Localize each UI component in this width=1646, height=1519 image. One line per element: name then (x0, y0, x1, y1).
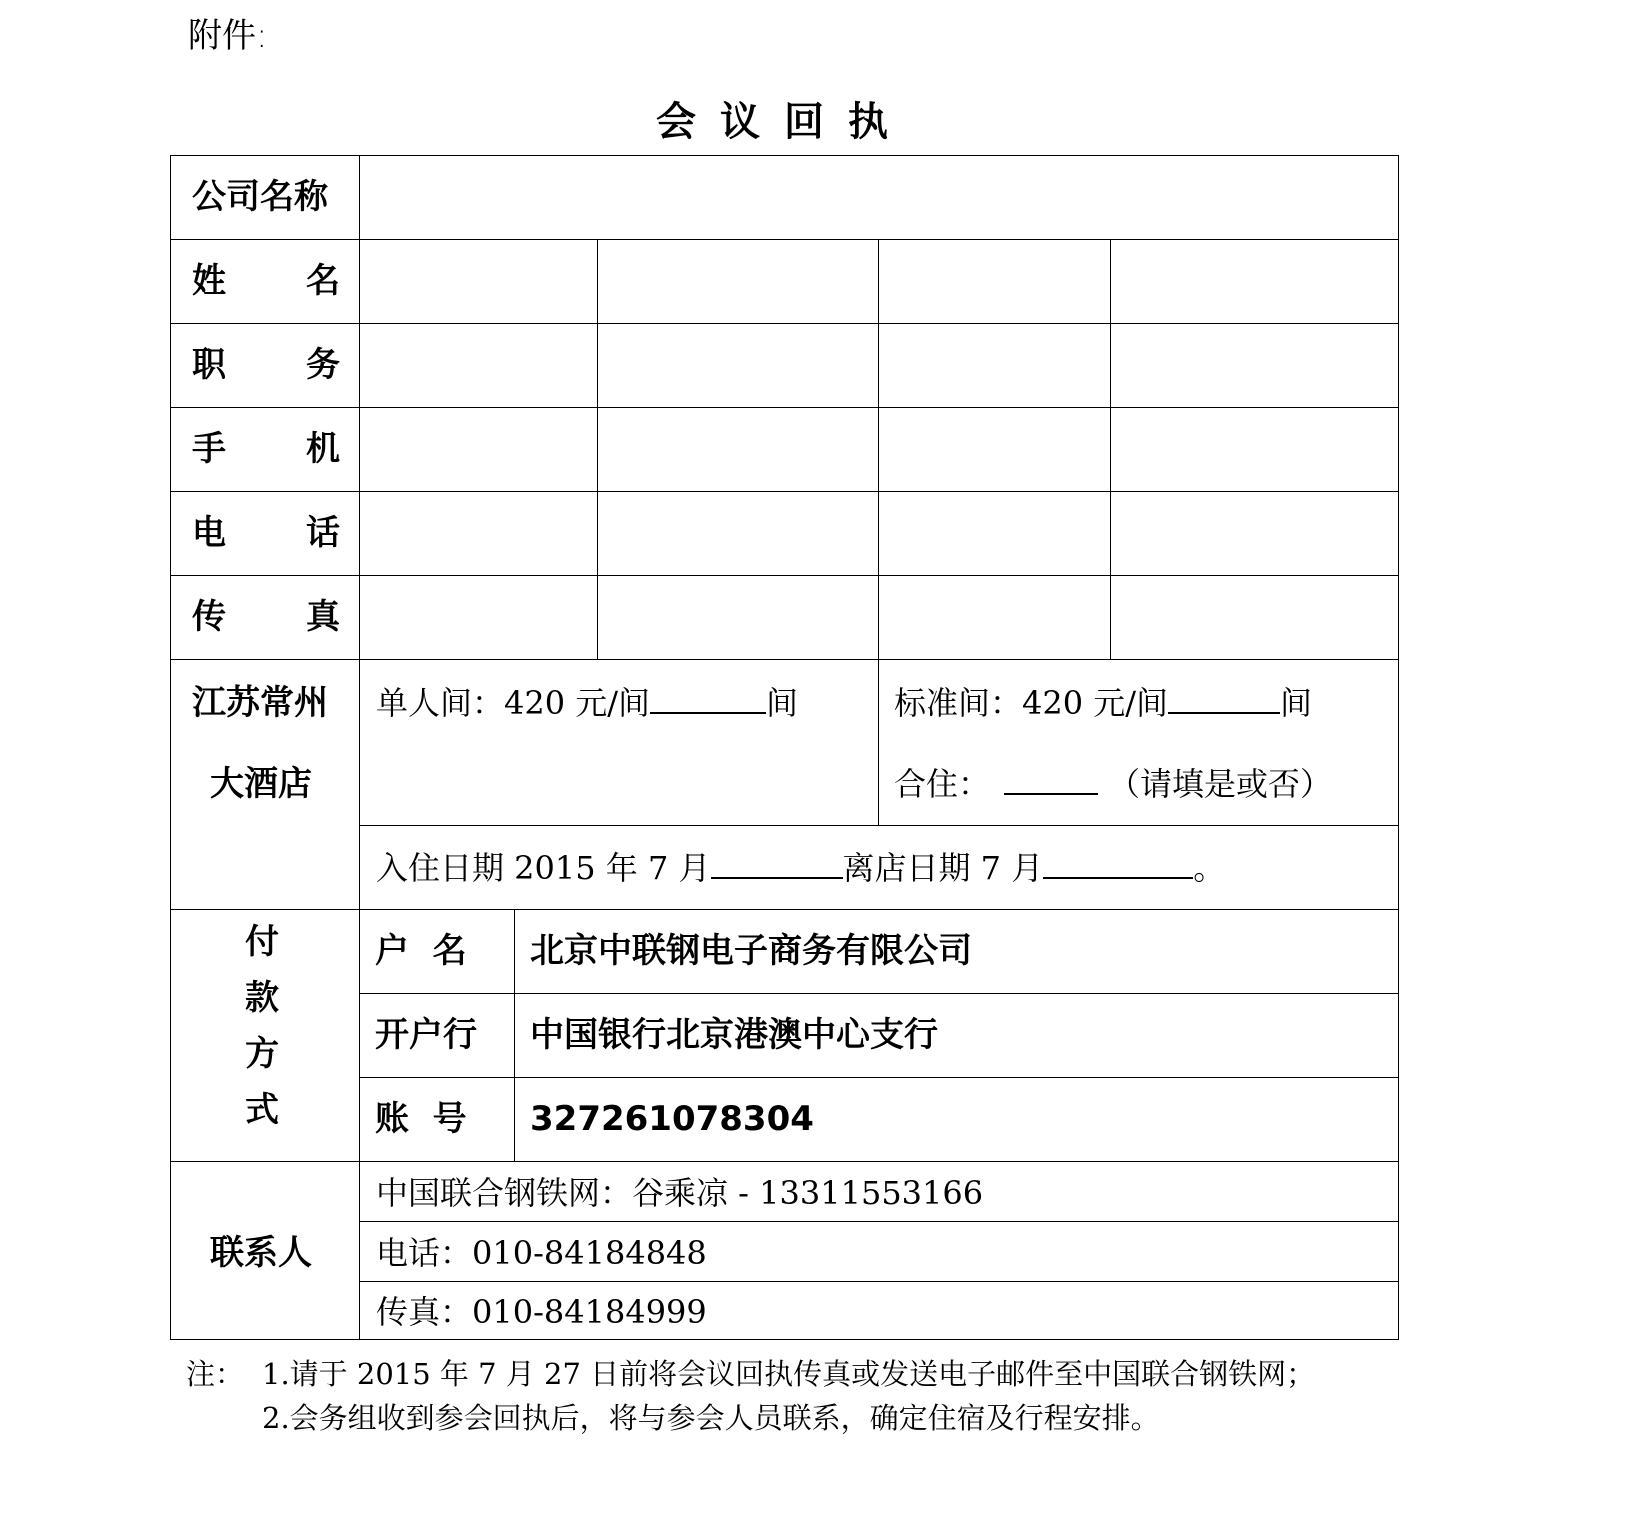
row-divider (170, 323, 1399, 324)
contact-fax-line: 传真：010-84184999 (376, 1296, 707, 1328)
contact-label: 联系人 (210, 1236, 312, 1270)
checkin-label: 入住日期 2015 年 7 月 (376, 849, 711, 887)
account-name-label: 户 名 (375, 934, 467, 968)
row-divider (170, 1161, 1399, 1162)
bank-label: 开户行 (375, 1018, 477, 1052)
label-char: 真 (306, 600, 340, 634)
row-divider (170, 407, 1399, 408)
position-field-4[interactable] (1112, 325, 1397, 406)
position-field-2[interactable] (599, 325, 877, 406)
label-char: 款 (245, 981, 279, 1015)
hotel-label-line1: 江苏常州 (192, 686, 328, 720)
row-divider (170, 491, 1399, 492)
fax-field-4[interactable] (1112, 577, 1397, 658)
label-char: 电 (192, 516, 226, 550)
name-field-3[interactable] (880, 241, 1109, 322)
sentence-end: 。 (1193, 849, 1225, 887)
standard-room-count-field[interactable] (1168, 686, 1280, 714)
row-divider (359, 1221, 1399, 1222)
room-share-field[interactable] (1004, 767, 1098, 795)
label-char: 手 (192, 432, 226, 466)
table-border-top (170, 155, 1399, 156)
phone-field-3[interactable] (880, 493, 1109, 574)
fax-field-3[interactable] (880, 577, 1109, 658)
label-char: 式 (245, 1093, 279, 1127)
column-divider (597, 239, 598, 659)
payment-method-label: 付 款 方 式 (245, 925, 279, 1127)
label-column-divider (359, 155, 360, 1339)
row-divider (359, 993, 1399, 994)
name-field-2[interactable] (599, 241, 877, 322)
row-divider (359, 1077, 1399, 1078)
single-room-price: 单人间：420 元/间 (376, 684, 650, 722)
hotel-label-line2: 大酒店 (210, 767, 312, 801)
standard-room-option: 标准间：420 元/间间 (894, 686, 1312, 719)
note-item-1: 1.请于 2015 年 7 月 27 日前将会议回执传真或发送电子邮件至中国联合… (262, 1360, 1315, 1389)
single-room-unit: 间 (766, 684, 798, 722)
stay-dates: 入住日期 2015 年 7 月离店日期 7 月。 (376, 851, 1225, 884)
column-divider (878, 239, 879, 825)
label-char: 名 (306, 264, 340, 298)
table-border-bottom (170, 1339, 1399, 1340)
label-char: 话 (306, 516, 340, 550)
row-divider (170, 575, 1399, 576)
fax-field-2[interactable] (599, 577, 877, 658)
page-title: 会议回执 (0, 90, 1568, 147)
company-name-label: 公司名称 (192, 180, 328, 214)
table-border-right (1398, 155, 1399, 1339)
account-number-label: 账 号 (375, 1102, 467, 1136)
note-item-2: 2.会务组收到参会回执后，将与参会人员联系，确定住宿及行程安排。 (262, 1404, 1160, 1433)
single-room-option: 单人间：420 元/间间 (376, 686, 798, 719)
label-char: 机 (306, 432, 340, 466)
mobile-field-1[interactable] (361, 409, 596, 490)
label-char: 务 (306, 348, 340, 382)
account-number-value: 327261078304 (530, 1102, 814, 1136)
contact-person-line: 中国联合钢铁网：谷乘凉 - 13311553166 (376, 1177, 983, 1209)
row-divider (359, 1281, 1399, 1282)
row-divider (170, 239, 1399, 240)
name-label: 姓名 (192, 264, 340, 298)
position-field-3[interactable] (880, 325, 1109, 406)
table-border-left (170, 155, 171, 1339)
row-divider (170, 659, 1399, 660)
mobile-field-4[interactable] (1112, 409, 1397, 490)
phone-field-4[interactable] (1112, 493, 1397, 574)
label-char: 付 (245, 925, 279, 959)
account-name-value: 北京中联钢电子商务有限公司 (530, 934, 972, 968)
checkin-day-field[interactable] (711, 851, 843, 879)
row-divider (359, 825, 1399, 826)
name-field-1[interactable] (361, 241, 596, 322)
single-room-count-field[interactable] (650, 686, 766, 714)
attachment-label: 附件: (188, 8, 267, 57)
position-field-1[interactable] (361, 325, 596, 406)
checkout-label: 离店日期 7 月 (843, 849, 1044, 887)
label-char: 职 (192, 348, 226, 382)
room-share-label: 合住： (894, 765, 990, 803)
payment-label-divider (514, 909, 515, 1161)
label-char: 传 (192, 600, 226, 634)
bank-value: 中国银行北京港澳中心支行 (530, 1018, 938, 1052)
mobile-label: 手机 (192, 432, 340, 466)
standard-room-unit: 间 (1280, 684, 1312, 722)
company-name-field[interactable] (361, 157, 1397, 238)
row-divider (170, 909, 1399, 910)
position-label: 职务 (192, 348, 340, 382)
phone-field-2[interactable] (599, 493, 877, 574)
mobile-field-2[interactable] (599, 409, 877, 490)
room-share-hint: （请填是或否） (1108, 765, 1332, 803)
label-char: 姓 (192, 264, 226, 298)
fax-field-1[interactable] (361, 577, 596, 658)
standard-room-price: 标准间：420 元/间 (894, 684, 1168, 722)
name-field-4[interactable] (1112, 241, 1397, 322)
room-share-option: 合住：（请填是或否） (894, 767, 1332, 800)
phone-field-1[interactable] (361, 493, 596, 574)
contact-phone-line: 电话：010-84184848 (376, 1237, 707, 1269)
checkout-day-field[interactable] (1043, 851, 1193, 879)
phone-label: 电话 (192, 516, 340, 550)
label-char: 方 (245, 1037, 279, 1071)
fax-label: 传真 (192, 600, 340, 634)
column-divider (1110, 239, 1111, 659)
notes-prefix: 注： (186, 1360, 244, 1389)
mobile-field-3[interactable] (880, 409, 1109, 490)
